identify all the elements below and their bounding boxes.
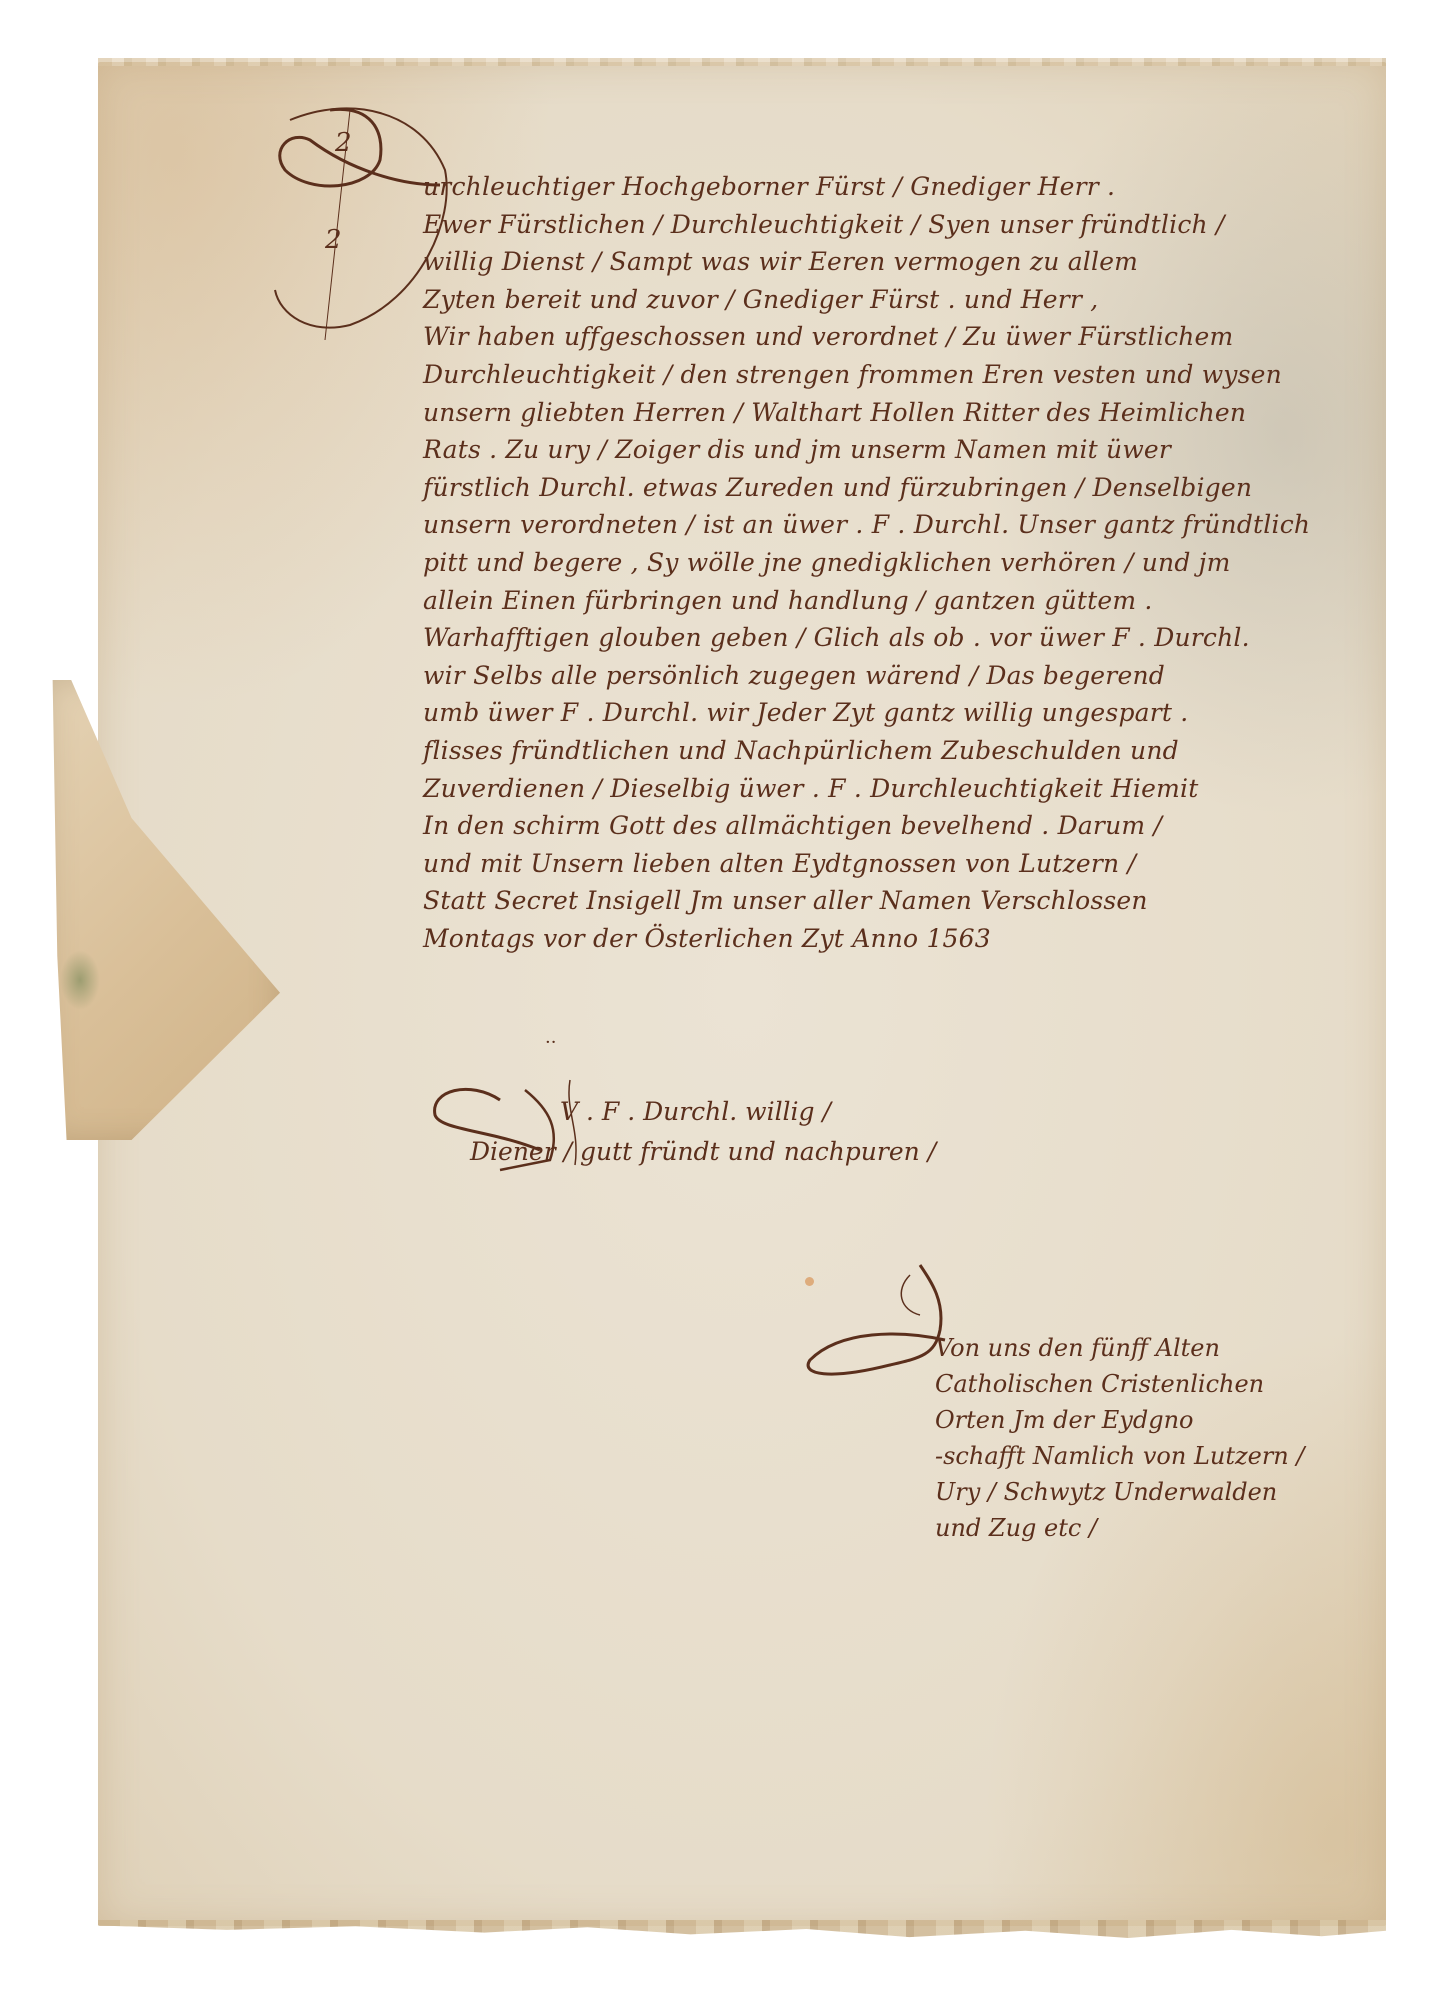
body-line: Durchleuchtigkeit / den strengen frommen… bbox=[423, 356, 1283, 394]
folio-number-bottom: 2 bbox=[325, 225, 342, 255]
signature-line: Ury / Schwytz Underwalden bbox=[935, 1474, 1304, 1510]
body-line: flisses fründtlichen und Nachpürlichem Z… bbox=[423, 732, 1283, 770]
signature-line: -schafft Namlich von Lutzern / bbox=[935, 1438, 1304, 1474]
body-line: Zuverdienen / Dieselbig üwer . F . Durch… bbox=[423, 770, 1283, 808]
signature-block: Von uns den fünff Alten Catholischen Cri… bbox=[935, 1330, 1304, 1546]
body-line: Ewer Fürstlichen / Durchleuchtigkeit / S… bbox=[423, 206, 1283, 244]
body-line: pitt und begere , Sy wölle jne gnedigkli… bbox=[423, 544, 1283, 582]
body-line: urchleuchtiger Hochgeborner Fürst / Gned… bbox=[423, 168, 1283, 206]
signature-line: Von uns den fünff Alten bbox=[935, 1330, 1304, 1366]
body-line: Rats . Zu ury / Zoiger dis und jm unserm… bbox=[423, 431, 1283, 469]
body-line-date: Montags vor der Österlichen Zyt Anno 156… bbox=[423, 920, 1283, 958]
deckle-edge-bottom bbox=[98, 1920, 1386, 1938]
body-line: umb üwer F . Durchl. wir Jeder Zyt gantz… bbox=[423, 694, 1283, 732]
signature-line: Orten Jm der Eydgno bbox=[935, 1402, 1304, 1438]
body-line: Statt Secret Insigell Jm unser aller Nam… bbox=[423, 882, 1283, 920]
body-line: allein Einen fürbringen und handlung / g… bbox=[423, 582, 1283, 620]
body-line: und mit Unsern lieben alten Eydtgnossen … bbox=[423, 845, 1283, 883]
deckle-edge-top bbox=[98, 58, 1386, 66]
closing-line: V . F . Durchl. willig / bbox=[470, 1092, 936, 1132]
body-line: fürstlich Durchl. etwas Zureden und fürz… bbox=[423, 469, 1283, 507]
signature-line: und Zug etc / bbox=[935, 1510, 1304, 1546]
green-stain bbox=[60, 950, 100, 1010]
body-line: In den schirm Gott des allmächtigen beve… bbox=[423, 807, 1283, 845]
closing-salutation: V . F . Durchl. willig / Diener / gutt f… bbox=[470, 1092, 936, 1172]
letter-body: urchleuchtiger Hochgeborner Fürst / Gned… bbox=[423, 168, 1283, 957]
body-line: willig Dienst / Sampt was wir Eeren verm… bbox=[423, 243, 1283, 281]
closing-line: Diener / gutt fründt und nachpuren / bbox=[470, 1132, 936, 1172]
body-line: Wir haben uffgeschossen und verordnet / … bbox=[423, 318, 1283, 356]
ink-dots: ·· bbox=[545, 1032, 556, 1053]
body-line: wir Selbs alle persönlich zugegen wärend… bbox=[423, 657, 1283, 695]
folio-number-top: 2 bbox=[335, 128, 352, 158]
signature-initial-flourish bbox=[800, 1260, 950, 1400]
signature-line: Catholischen Cristenlichen bbox=[935, 1366, 1304, 1402]
body-line: Zyten bereit und zuvor / Gnediger Fürst … bbox=[423, 281, 1283, 319]
body-line: unsern gliebten Herren / Walthart Hollen… bbox=[423, 394, 1283, 432]
body-line: unsern verordneten / ist an üwer . F . D… bbox=[423, 506, 1283, 544]
body-line: Warhafftigen glouben geben / Glich als o… bbox=[423, 619, 1283, 657]
